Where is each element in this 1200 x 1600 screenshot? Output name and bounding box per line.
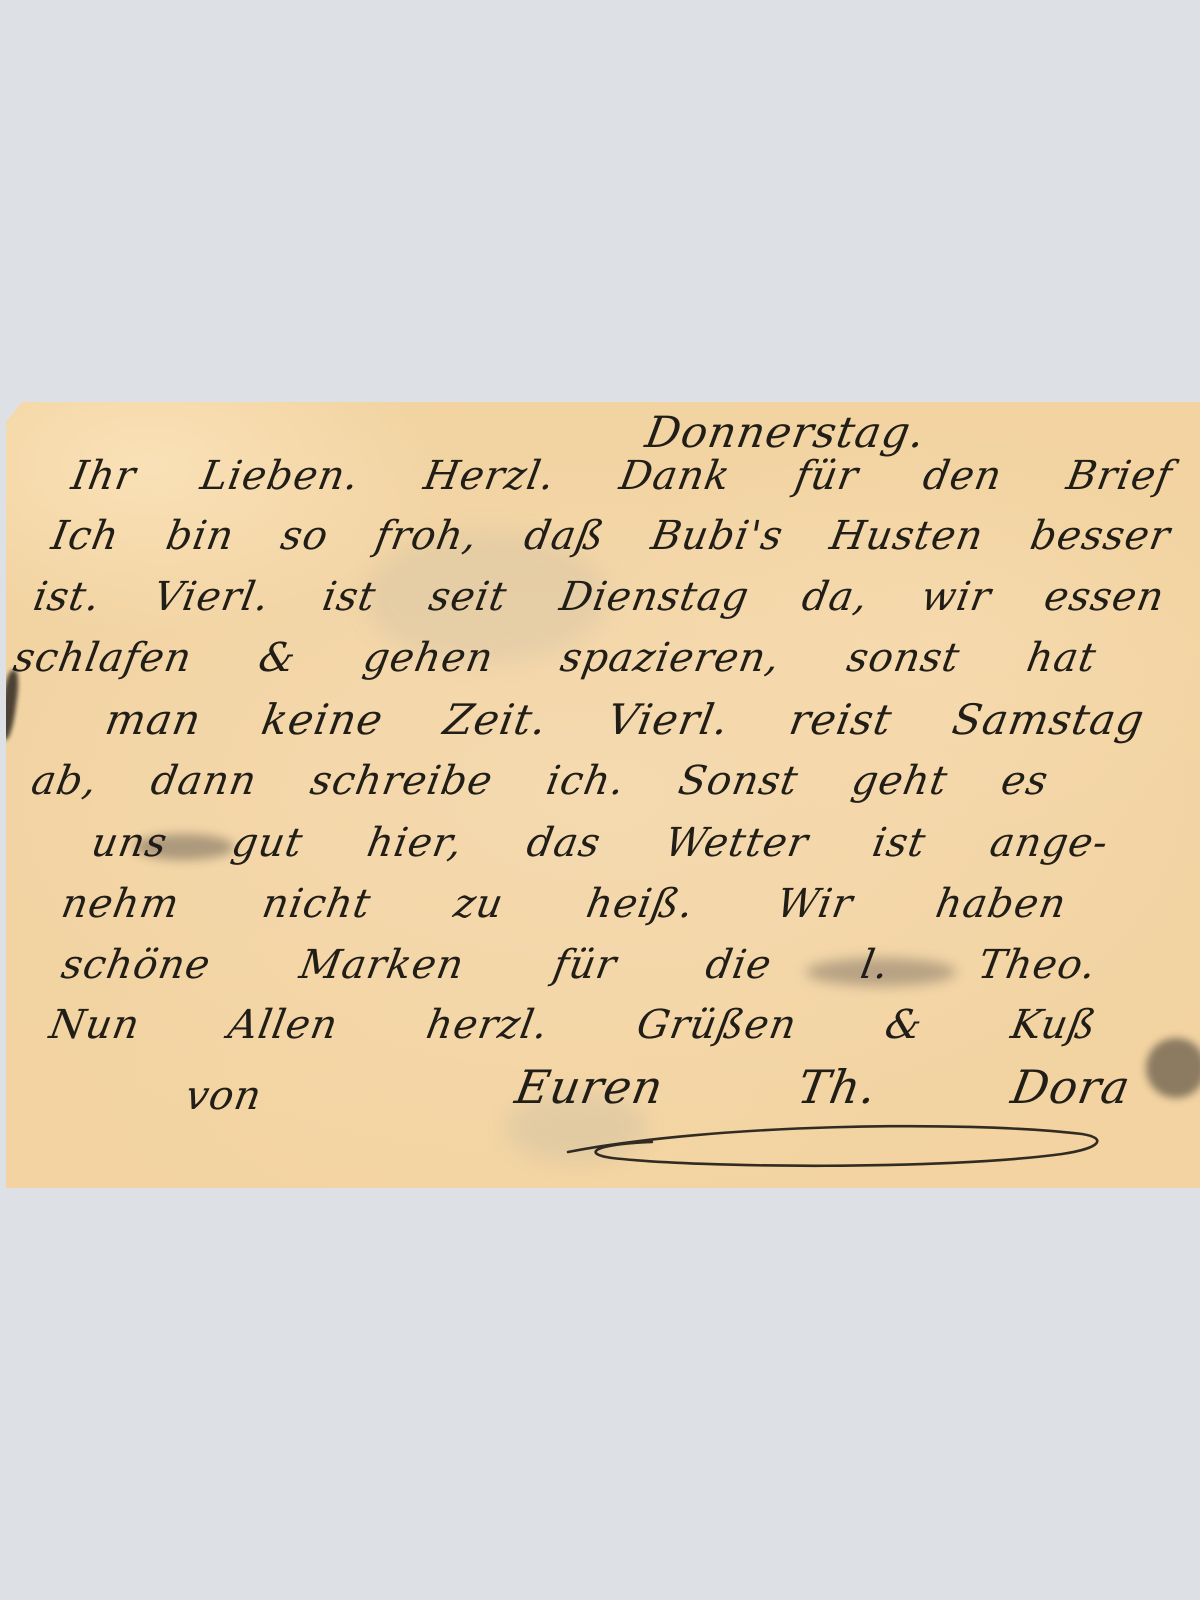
closing-word: von <box>182 1074 350 1118</box>
handwritten-line: ist. Vierl. ist seit Dienstag da, wir es… <box>30 575 1168 619</box>
handwritten-line: ab, dann schreibe ich. Sonst geht es <box>28 759 1052 803</box>
postcard-scan: Donnerstag. Ihr Lieben. Herzl. Dank für … <box>6 402 1200 1188</box>
handwritten-line: Ihr Lieben. Herzl. Dank für den Brief <box>68 454 1176 498</box>
handwritten-line: schöne Marken für die l. Theo. <box>58 943 1100 987</box>
handwritten-line: nehm nicht zu heiß. Wir haben <box>58 882 1070 926</box>
handwritten-line: schlafen & gehen spazieren, sonst hat <box>10 636 1100 680</box>
handwritten-line: uns gut hier, das Wetter ist ange- <box>88 821 1112 865</box>
handwritten-line: man keine Zeit. Vierl. reist Samstag <box>102 697 1148 743</box>
handwritten-line: Ich bin so froh, daß Bubi's Husten besse… <box>48 514 1174 558</box>
handwritten-line: Nun Allen herzl. Grüßen & Kuß <box>46 1003 1100 1047</box>
scanned-postcard-page: Donnerstag. Ihr Lieben. Herzl. Dank für … <box>0 0 1200 1600</box>
signature: Euren Th. Dora <box>512 1062 1135 1113</box>
signature-flourish <box>562 1118 1118 1178</box>
ink-smudge <box>1146 1038 1200 1098</box>
dateline: Donnerstag. <box>642 410 1050 457</box>
